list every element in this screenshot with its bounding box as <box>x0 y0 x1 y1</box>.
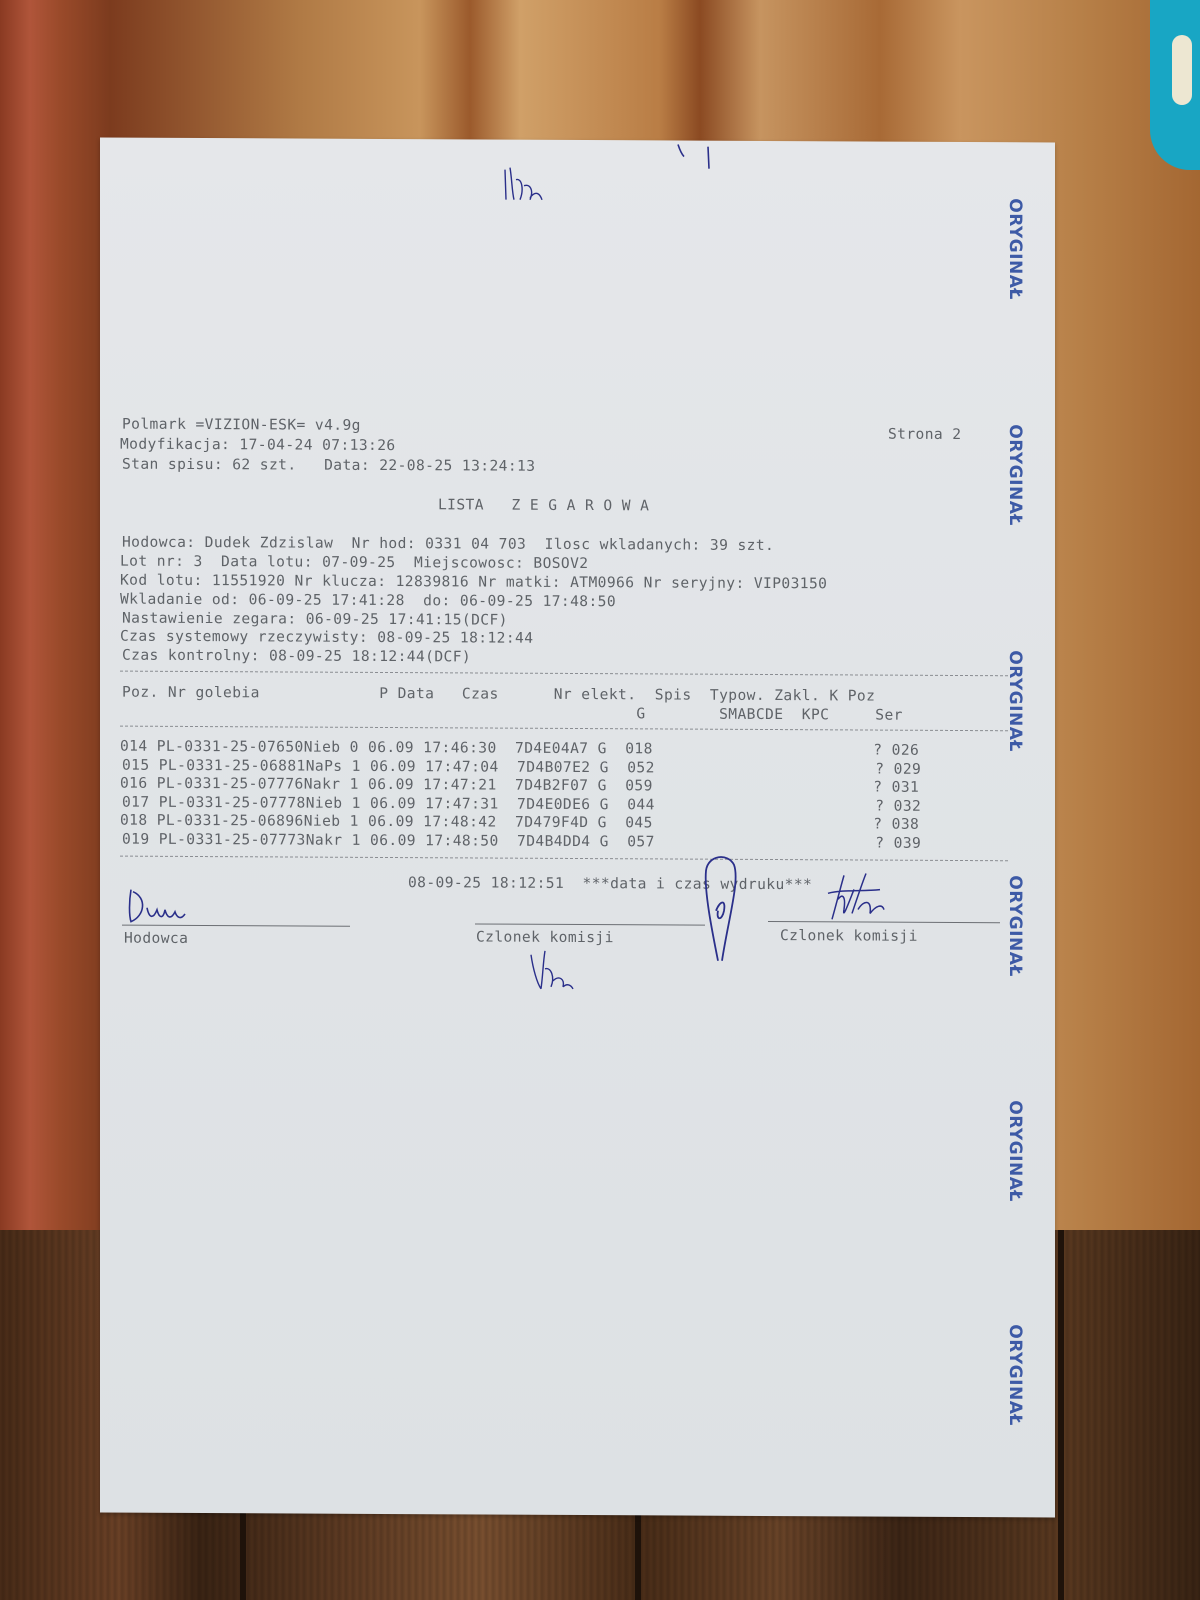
info-system-time: Czas systemowy rzeczywisty: 08-09-25 18:… <box>120 628 533 647</box>
inventory-status: Stan spisu: 62 szt. Data: 22-08-25 13:24… <box>122 456 535 475</box>
table-row: 015 PL-0331-25-06881NaPs 1 06.09 17:47:0… <box>122 756 921 777</box>
plank-gap <box>1058 1230 1064 1600</box>
handwritten-signature-commission-1 <box>525 945 580 995</box>
info-flight-code: Kod lotu: 11551920 Nr klucza: 12839816 N… <box>120 572 827 593</box>
table-row: 014 PL-0331-25-07650Nieb 0 06.09 17:46:3… <box>120 738 919 759</box>
table-header-line2: G SMABCDE KPC Ser <box>122 703 903 724</box>
divider <box>120 671 1008 677</box>
original-stamp: ORYGINAŁ <box>1005 424 1025 526</box>
printout-timestamp: 08-09-25 18:12:51 ***data i czas wydruku… <box>408 874 812 893</box>
blue-object <box>1150 0 1200 170</box>
original-stamp: ORYGINAŁ <box>1005 1100 1025 1202</box>
info-flight: Lot nr: 3 Data lotu: 07-09-25 Miejscowos… <box>120 553 589 572</box>
table-header-line1: Poz. Nr golebia P Data Czas Nr elekt. Sp… <box>122 684 875 705</box>
printed-document: Polmark =VIZION-ESK= v4.9g Modyfikacja: … <box>100 137 1055 1517</box>
divider <box>120 856 1008 862</box>
original-stamp: ORYGINAŁ <box>1005 875 1025 977</box>
handwritten-signature-breeder <box>125 886 195 926</box>
info-clock-set: Nastawienie zegara: 06-09-25 17:41:15(DC… <box>122 610 508 629</box>
info-breeder: Hodowca: Dudek Zdzislaw Nr hod: 0331 04 … <box>122 534 774 554</box>
info-control-time: Czas kontrolny: 08-09-25 18:12:44(DCF) <box>122 647 471 666</box>
handwritten-mark-top <box>500 150 550 210</box>
table-row: 018 PL-0331-25-06896Nieb 1 06.09 17:48:4… <box>120 812 919 833</box>
original-stamp: ORYGINAŁ <box>1005 650 1025 752</box>
table-row: 017 PL-0331-25-07778Nieb 1 06.09 17:47:3… <box>122 793 921 814</box>
signature-label-commission-2: Czlonek komisji <box>780 927 918 945</box>
handwritten-signature-commission-large <box>698 851 748 971</box>
table-row: 016 PL-0331-25-07776Nakr 1 06.09 17:47:2… <box>120 775 919 796</box>
handwritten-signature-commission-2 <box>822 869 892 929</box>
program-version: Polmark =VIZION-ESK= v4.9g <box>122 416 361 434</box>
original-stamp: ORYGINAŁ <box>1005 198 1025 300</box>
signature-label-commission-1: Czlonek komisji <box>476 928 614 946</box>
document-title: LISTA Z E G A R O W A <box>438 496 649 514</box>
info-basketing: Wkladanie od: 06-09-25 17:41:28 do: 06-0… <box>120 591 616 611</box>
result-table: 014 PL-0331-25-07650Nieb 0 06.09 17:46:3… <box>100 137 1055 142</box>
page-number: Strona 2 <box>888 426 962 443</box>
table-row: 019 PL-0331-25-07773Nakr 1 06.09 17:48:5… <box>122 831 921 852</box>
signature-label-breeder: Hodowca <box>124 930 188 947</box>
pen-mark-top <box>672 140 722 170</box>
modification-date: Modyfikacja: 17-04-24 07:13:26 <box>120 436 396 454</box>
signature-line-commission-1 <box>475 923 705 925</box>
original-stamp: ORYGINAŁ <box>1005 1324 1025 1426</box>
divider <box>120 726 1008 732</box>
